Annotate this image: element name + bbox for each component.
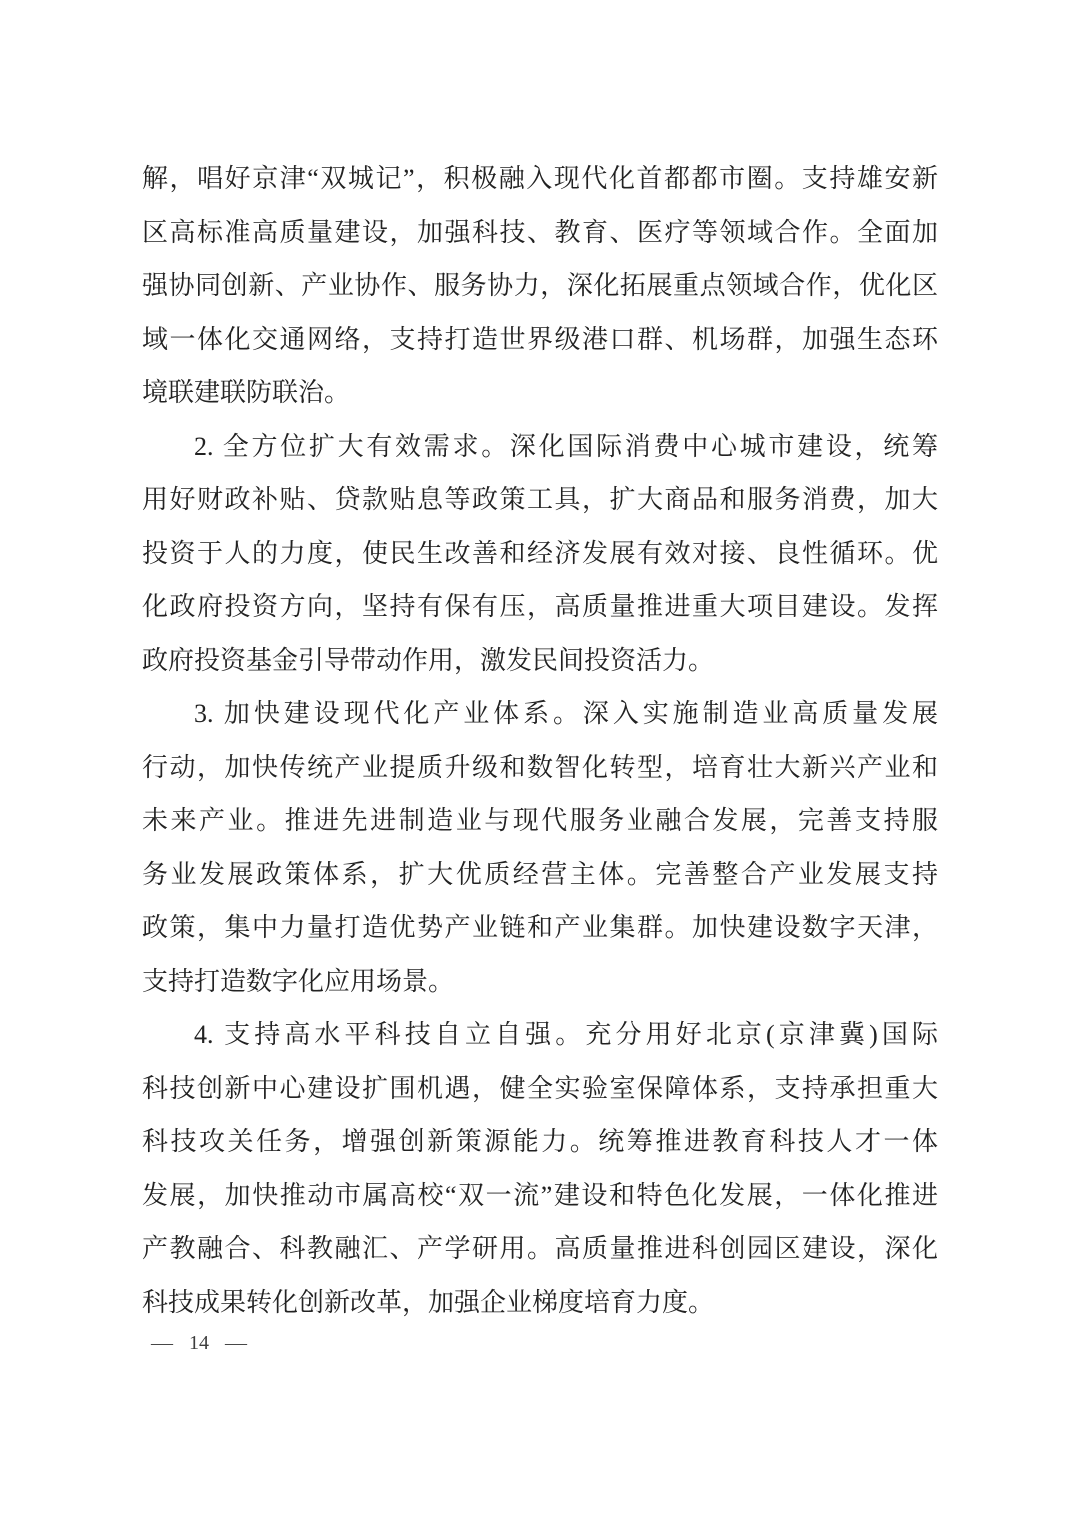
paragraph-item-4: 4. 支持高水平科技自立自强。充分用好北京(京津冀)国际 科技创新中心建设扩围机… — [142, 1008, 938, 1329]
text-line: 支持打造数字化应用场景。 — [142, 955, 938, 1009]
text-line: 区高标准高质量建设，加强科技、教育、医疗等领域合作。全面加 — [142, 206, 938, 260]
text-line: 用好财政补贴、贷款贴息等政策工具，扩大商品和服务消费，加大 — [142, 473, 938, 527]
paragraph-continuation: 解，唱好京津“双城记”，积极融入现代化首都都市圈。支持雄安新 区高标准高质量建设… — [142, 152, 938, 420]
page-number: 14 — [189, 1332, 209, 1355]
text-line: 2. 全方位扩大有效需求。深化国际消费中心城市建设，统筹 — [142, 420, 938, 474]
text-line: 政策，集中力量打造优势产业链和产业集群。加快建设数字天津， — [142, 901, 938, 955]
text-line: 科技攻关任务，增强创新策源能力。统筹推进教育科技人才一体 — [142, 1115, 938, 1169]
text-line: 强协同创新、产业协作、服务协力，深化拓展重点领域合作，优化区 — [142, 259, 938, 313]
document-page: 解，唱好京津“双城记”，积极融入现代化首都都市圈。支持雄安新 区高标准高质量建设… — [0, 0, 1074, 1520]
text-line: 化政府投资方向，坚持有保有压，高质量推进重大项目建设。发挥 — [142, 580, 938, 634]
text-line: 行动，加快传统产业提质升级和数智化转型，培育壮大新兴产业和 — [142, 741, 938, 795]
text-line: 3. 加快建设现代化产业体系。深入实施制造业高质量发展 — [142, 687, 938, 741]
paragraph-item-3: 3. 加快建设现代化产业体系。深入实施制造业高质量发展 行动，加快传统产业提质升… — [142, 687, 938, 1008]
text-line: 务业发展政策体系，扩大优质经营主体。完善整合产业发展支持 — [142, 848, 938, 902]
text-line: 科技成果转化创新改革，加强企业梯度培育力度。 — [142, 1276, 938, 1330]
text-line: 境联建联防联治。 — [142, 366, 938, 420]
footer-dash-right: — — [225, 1332, 247, 1355]
text-line: 政府投资基金引导带动作用，激发民间投资活力。 — [142, 634, 938, 688]
text-line: 产教融合、科教融汇、产学研用。高质量推进科创园区建设，深化 — [142, 1222, 938, 1276]
text-line: 投资于人的力度，使民生改善和经济发展有效对接、良性循环。优 — [142, 527, 938, 581]
page-footer: — 14 — — [152, 1332, 246, 1355]
text-line: 发展，加快推动市属高校“双一流”建设和特色化发展，一体化推进 — [142, 1169, 938, 1223]
text-line: 4. 支持高水平科技自立自强。充分用好北京(京津冀)国际 — [142, 1008, 938, 1062]
footer-dash-left: — — [151, 1332, 173, 1355]
text-line: 科技创新中心建设扩围机遇，健全实验室保障体系，支持承担重大 — [142, 1062, 938, 1116]
text-line: 未来产业。推进先进制造业与现代服务业融合发展，完善支持服 — [142, 794, 938, 848]
paragraph-item-2: 2. 全方位扩大有效需求。深化国际消费中心城市建设，统筹 用好财政补贴、贷款贴息… — [142, 420, 938, 688]
document-body: 解，唱好京津“双城记”，积极融入现代化首都都市圈。支持雄安新 区高标准高质量建设… — [142, 152, 938, 1329]
text-line: 域一体化交通网络，支持打造世界级港口群、机场群，加强生态环 — [142, 313, 938, 367]
text-line: 解，唱好京津“双城记”，积极融入现代化首都都市圈。支持雄安新 — [142, 152, 938, 206]
